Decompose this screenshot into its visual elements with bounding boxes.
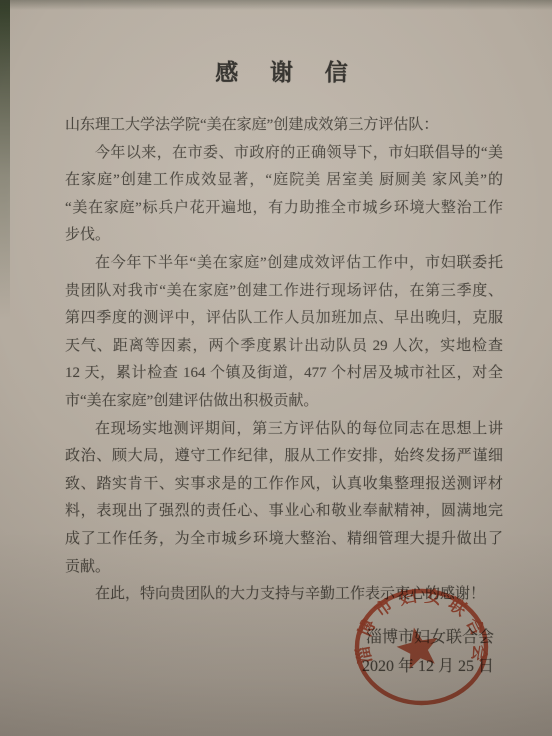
letter-line: 成了工作任务，为全市城乡环境大整治、精细管理大提升做出了 <box>65 526 503 554</box>
letter-line: 天气、距离等因素，两个季度累计出动队员 29 人次，实地检查 <box>65 333 503 361</box>
photo-top-edge-shadow <box>0 0 552 10</box>
letter-line: 第四季度的测评中，评估队工作人员加班加点、早出晚归，克服 <box>65 305 503 333</box>
letter-photo: 感 谢 信 山东理工大学法学院“美在家庭”创建成效第三方评估队： 今年以来，在市… <box>0 0 552 736</box>
letter-line: “美在家庭”标兵户花开遍地，有力助推全市城乡环境大整治工作 <box>65 195 503 223</box>
letter-line: 贡献。 <box>65 554 503 582</box>
letter-line: 今年以来，在市委、市政府的正确领导下，市妇联倡导的“美 <box>65 140 503 168</box>
letter-body: 山东理工大学法学院“美在家庭”创建成效第三方评估队： 今年以来，在市委、市政府的… <box>65 112 503 609</box>
signature-date: 2020 年 12 月 25 日 <box>362 652 494 681</box>
signature-block: 淄博市妇女联合会 2020 年 12 月 25 日 <box>362 623 494 681</box>
letter-line: 山东理工大学法学院“美在家庭”创建成效第三方评估队： <box>65 112 503 140</box>
letter-line: 在现场实地测评期间，第三方评估队的每位同志在思想上讲 <box>65 416 503 444</box>
letter-line: 市“美在家庭”创建评估做出积极贡献。 <box>65 388 503 416</box>
letter-line: 步伐。 <box>65 222 503 250</box>
letter-line: 12 天，累计检查 164 个镇及街道，477 个村居及城市社区，对全 <box>65 360 503 388</box>
letter-line: 料，表现出了强烈的责任心、事业心和敬业奉献精神，圆满地完 <box>65 498 503 526</box>
signature-org: 淄博市妇女联合会 <box>362 623 494 652</box>
letter-line: 在今年下半年“美在家庭”创建成效评估工作中，市妇联委托 <box>65 250 503 278</box>
letter-line: 贵团队对我市“美在家庭”创建工作进行现场评估，在第三季度、 <box>65 278 503 306</box>
letter-line: 致、踏实肯干、实事求是的工作作风，认真收集整理报送测评材 <box>65 471 503 499</box>
letter-line: 在此，特向贵团队的大力支持与辛勤工作表示衷心的感谢！ <box>65 581 503 609</box>
photo-left-edge-shadow <box>0 0 10 320</box>
letter-line: 政治、顾大局，遵守工作纪律，服从工作安排，始终发扬严谨细 <box>65 443 503 471</box>
letter-line: 在家庭”创建工作成效显著，“庭院美 居室美 厨厕美 家风美”的 <box>65 167 503 195</box>
letter-title: 感 谢 信 <box>0 54 552 87</box>
